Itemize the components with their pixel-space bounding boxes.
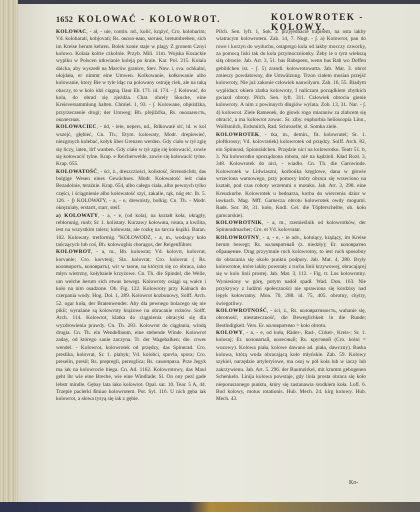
headword: KOLOWROTEK — [216, 132, 259, 138]
entry: KOLOWROTEK, - tka, m., demin., fit. kolo… — [216, 132, 366, 220]
running-header: 1652 KOLOWAĆ - KOLOWROT. KOLOWROTEK - KO… — [56, 14, 406, 28]
entry-text: , - a, - e, - ie adv., kołuiący, krążący… — [216, 235, 366, 307]
headword: KOLOWATOŚĆ — [56, 169, 97, 175]
entry-text: , - ał, - uie, contin. nd., kolić, krąży… — [56, 29, 206, 123]
headword: KOLOWAĆ — [56, 29, 86, 35]
book-page-edges — [0, 0, 18, 512]
page-number: 1652 — [56, 15, 73, 24]
entry-text: , - tka, m., demin., fit. kolowratel; Sr… — [216, 132, 366, 219]
entry: KOLOWAĆ, - ał, - uie, contin. nd., kolić… — [56, 29, 206, 124]
entry: KOLOWACIEC, - ńd, - ieie, nepers, nd., R… — [56, 124, 206, 168]
entry: KOLOWROTNY, - a, - e, - ie adv., kołuiąc… — [216, 235, 366, 308]
headword: KOLOWACIEC — [56, 124, 97, 130]
entry: KOLOWROT, - a, m., Bh. kolowrat; Vd. kol… — [56, 249, 206, 403]
entry-text: , - a, m., Bh. kolowrat; Vd. kolovrt, ko… — [56, 249, 206, 402]
headword: KOLOWROTNOŚĆ — [216, 308, 267, 314]
right-column: Pilch. Sen. lyft. 1, Sok. Z przyjednacie… — [216, 29, 366, 469]
headword: KOLOWROTNY — [216, 235, 259, 241]
entry-text: , - a, - e, od koła, Räder-, Rad-, Cirke… — [216, 330, 366, 402]
entry-text: , - ści, ż., dreszcziości, kolistość, St… — [56, 169, 206, 212]
column-gutter — [210, 30, 211, 470]
left-column: KOLOWAĆ, - ał, - uie, contin. nd., kolić… — [56, 29, 206, 461]
entry-text: Pilch. Sen. lyft. 1, Sok. Z przyjednacie… — [216, 29, 366, 130]
headword: a) KOLOWATY — [56, 213, 98, 219]
entry: a) KOLOWATY, - a, - e, (od kola), na ksz… — [56, 213, 206, 250]
entry-text: , - ńd, - ieie, nepers, nd., Rdkowaté si… — [56, 124, 206, 167]
left-column-header: KOLOWAĆ - KOLOWROT. — [78, 14, 221, 24]
headword: KOLOWY — [216, 330, 243, 336]
headword: KOLOWROT — [56, 249, 91, 255]
entry: KOLOWY, - a, - e, od koła, Räder-, Rad-,… — [216, 330, 366, 403]
entry: KOLOWROTNIK, - a, m., rzemieślnik od kol… — [216, 220, 366, 235]
catchword: Ko- — [349, 480, 358, 486]
headword: KOLOWROTNIK — [216, 220, 262, 226]
entry: KOLOWATOŚĆ, - ści, ż., dreszcziości, kol… — [56, 169, 206, 213]
entry: Pilch. Sen. lyft. 1, Sok. Z przyjednacie… — [216, 29, 366, 132]
scan-bottom-border — [0, 502, 420, 512]
entry: KOLOWROTNOŚĆ, - ści, ż., Rs. коловратимо… — [216, 308, 366, 330]
